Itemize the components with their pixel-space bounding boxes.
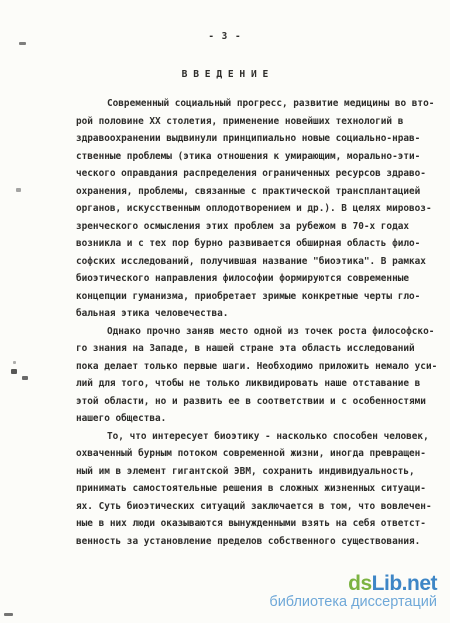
text-line: бальная этика человечества. <box>76 305 442 323</box>
text-line: нашего общества. <box>76 410 442 428</box>
scanned-page: - 3 - В В Е Д Е Н И Е Современный социал… <box>0 0 450 623</box>
watermark-brand-green: ds <box>348 572 372 595</box>
text-line: здравоохранении выдвинули принципиально … <box>76 130 442 148</box>
watermark-brand-blue: Lib.net <box>372 572 437 595</box>
text-line: ные в них люди оказываются вынужденными … <box>76 515 442 533</box>
text-line: лий для того, чтобы не только ликвидиров… <box>76 375 442 393</box>
text-line: То, что интересует биоэтику - насколько … <box>76 428 442 446</box>
text-line: зренческого осмысления этих проблем за р… <box>76 218 442 236</box>
paragraph: Однако прочно заняв место одной из точек… <box>76 323 442 428</box>
document-body: Современный социальный прогресс, развити… <box>76 95 442 550</box>
text-line: органов, искусственным оплодотворением и… <box>76 200 442 218</box>
text-line: софских исследований, получившая названи… <box>76 253 442 271</box>
text-line: концепции гуманизма, приобретает зримые … <box>76 288 442 306</box>
text-line: Однако прочно заняв место одной из точек… <box>76 323 442 341</box>
text-line: возникла и с тех пор бурно развивается о… <box>76 235 442 253</box>
watermark: dsLib.net библиотека диссертаций <box>269 574 437 610</box>
text-line: охранения, проблемы, связанные с практич… <box>76 183 442 201</box>
text-line: го знания на Западе, в нашей стране эта … <box>76 340 442 358</box>
scan-artifact <box>16 188 21 192</box>
scan-artifact <box>22 376 28 380</box>
section-heading: В В Е Д Е Н И Е <box>0 69 450 80</box>
scan-artifact <box>4 613 13 616</box>
text-line: рой половине XX столетия, применение нов… <box>76 113 442 131</box>
scan-artifact <box>13 361 16 364</box>
text-line: Современный социальный прогресс, развити… <box>76 95 442 113</box>
text-line: ственные проблемы (этика отношения к уми… <box>76 148 442 166</box>
paragraph: То, что интересует биоэтику - насколько … <box>76 428 442 551</box>
watermark-logo: dsLib.net <box>269 574 437 594</box>
text-line: этой области, но и развить ее в соответс… <box>76 393 442 411</box>
text-line: венность за установление пределов собств… <box>76 533 442 551</box>
scan-artifact <box>11 369 17 374</box>
text-line: ях. Суть биоэтических ситуаций заключает… <box>76 498 442 516</box>
text-line: ный им в элемент гигантской ЭВМ, сохрани… <box>76 463 442 481</box>
scan-artifact <box>19 42 26 45</box>
text-line: принимать самостоятельные решения в слож… <box>76 480 442 498</box>
text-line: охваченный бурным потоком современной жи… <box>76 445 442 463</box>
text-line: ческого оправдания распределения огранич… <box>76 165 442 183</box>
watermark-subtitle: библиотека диссертаций <box>269 595 437 610</box>
text-line: биоэтического направления философии форм… <box>76 270 442 288</box>
page-number: - 3 - <box>0 31 450 42</box>
text-line: пока делает только первые шаги. Необходи… <box>76 358 442 376</box>
paragraph: Современный социальный прогресс, развити… <box>76 95 442 323</box>
